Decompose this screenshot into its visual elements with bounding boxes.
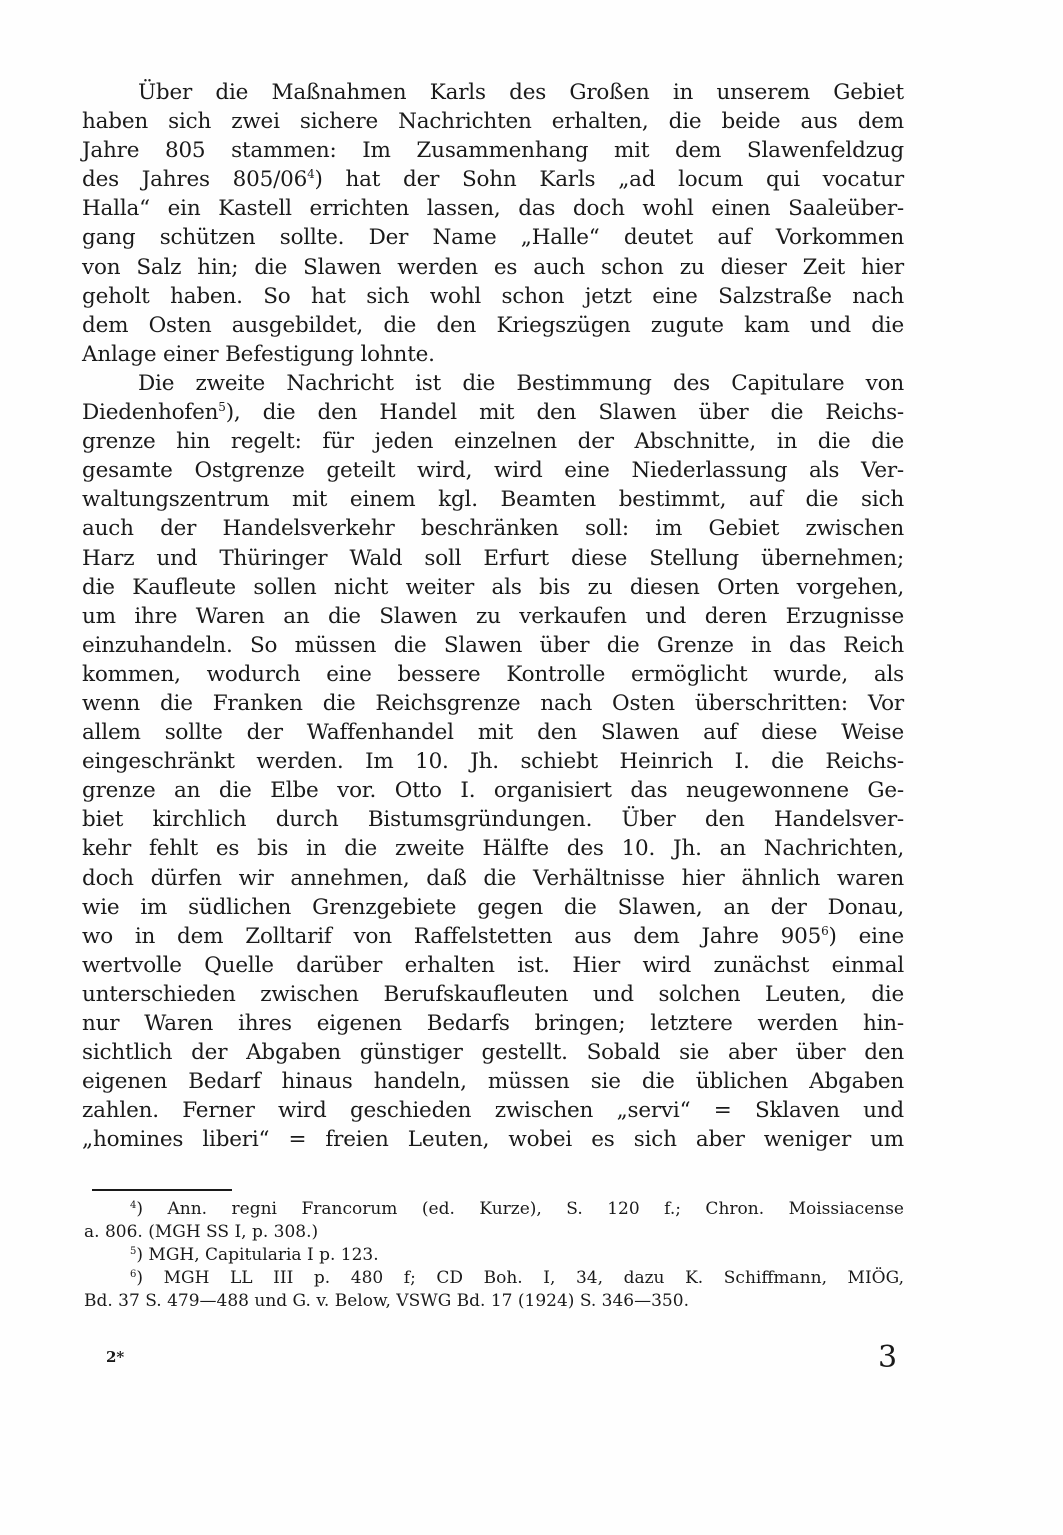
- text-line: wo in dem Zolltarif von Raffelstetten au…: [82, 922, 904, 951]
- text-line: eingeschränkt werden. Im 10. Jh. schiebt…: [82, 747, 904, 776]
- text-line: gang schützen sollte. Der Name „Halle“ d…: [82, 223, 904, 252]
- signature-mark: 2*: [106, 1348, 124, 1366]
- text-line: zahlen. Ferner wird geschieden zwischen …: [82, 1096, 904, 1125]
- text-line: grenze hin regelt: für jeden einzelnen d…: [82, 427, 904, 456]
- text-line: sichtlich der Abgaben günstiger gestellt…: [82, 1038, 904, 1067]
- text-line: auch der Handelsverkehr beschränken soll…: [82, 514, 904, 543]
- body-text: Über die Maßnahmen Karls des Großen in u…: [82, 78, 904, 1154]
- text-line: grenze an die Elbe vor. Otto I. organisi…: [82, 776, 904, 805]
- text-line: allem sollte der Waffenhandel mit den Sl…: [82, 718, 904, 747]
- footnote-ref: 4: [307, 167, 314, 181]
- text-line: Jahre 805 stammen: Im Zusammenhang mit d…: [82, 136, 904, 165]
- text-line: um ihre Waren an die Slawen zu verkaufen…: [82, 602, 904, 631]
- text-line: biet kirchlich durch Bistumsgründungen. …: [82, 805, 904, 834]
- text-line: doch dürfen wir annehmen, daß die Verhäl…: [82, 864, 904, 893]
- footnote-ref: 6: [821, 924, 828, 938]
- text-line: unterschieden zwischen Berufskaufleuten …: [82, 980, 904, 1009]
- text-line: Anlage einer Befestigung lohnte.: [82, 340, 904, 369]
- text-line: Halla“ ein Kastell errichten lassen, das…: [82, 194, 904, 223]
- book-page: Über die Maßnahmen Karls des Großen in u…: [0, 0, 1063, 1535]
- footnote-ref: 5: [218, 400, 225, 414]
- text-line: waltungszentrum mit einem kgl. Beamten b…: [82, 485, 904, 514]
- text-line: nur Waren ihres eigenen Bedarfs bringen;…: [82, 1009, 904, 1038]
- text-line: geholt haben. So hat sich wohl schon jet…: [82, 282, 904, 311]
- footnote-4-cont: a. 806. (MGH SS I, p. 308.): [84, 1221, 904, 1244]
- text-line: wertvolle Quelle darüber erhalten ist. H…: [82, 951, 904, 980]
- text-line: Über die Maßnahmen Karls des Großen in u…: [82, 78, 904, 107]
- footnote-4: 4) Ann. regni Francorum (ed. Kurze), S. …: [84, 1198, 904, 1221]
- footnote-6: 6) MGH LL III p. 480 f; CD Boh. I, 34, d…: [84, 1267, 904, 1290]
- text-line: Die zweite Nachricht ist die Bestimmung …: [82, 369, 904, 398]
- text-line: die Kaufleute sollen nicht weiter als bi…: [82, 573, 904, 602]
- text-line: des Jahres 805/064) hat der Sohn Karls „…: [82, 165, 904, 194]
- text-line: kommen, wodurch eine bessere Kontrolle e…: [82, 660, 904, 689]
- text-line: Diedenhofen5), die den Handel mit den Sl…: [82, 398, 904, 427]
- text-line: wenn die Franken die Reichsgrenze nach O…: [82, 689, 904, 718]
- text-line: von Salz hin; die Slawen werden es auch …: [82, 253, 904, 282]
- footnote-6-cont: Bd. 37 S. 479—488 und G. v. Below, VSWG …: [84, 1290, 904, 1313]
- footnote-5: 5) MGH, Capitularia I p. 123.: [84, 1244, 904, 1267]
- text-line: wie im südlichen Grenzgebiete gegen die …: [82, 893, 904, 922]
- text-line: Harz und Thüringer Wald soll Erfurt dies…: [82, 544, 904, 573]
- text-line: eigenen Bedarf hinaus handeln, müssen si…: [82, 1067, 904, 1096]
- text-line: kehr fehlt es bis in die zweite Hälfte d…: [82, 834, 904, 863]
- text-line: haben sich zwei sichere Nachrichten erha…: [82, 107, 904, 136]
- text-line: dem Osten ausgebildet, die den Kriegszüg…: [82, 311, 904, 340]
- footnote-divider: [92, 1189, 232, 1191]
- text-line: einzuhandeln. So müssen die Slawen über …: [82, 631, 904, 660]
- footnotes: 4) Ann. regni Francorum (ed. Kurze), S. …: [84, 1198, 904, 1313]
- text-line: „homines liberi“ = freien Leuten, wobei …: [82, 1125, 904, 1154]
- text-line: gesamte Ostgrenze geteilt wird, wird ein…: [82, 456, 904, 485]
- page-number: 3: [878, 1340, 897, 1375]
